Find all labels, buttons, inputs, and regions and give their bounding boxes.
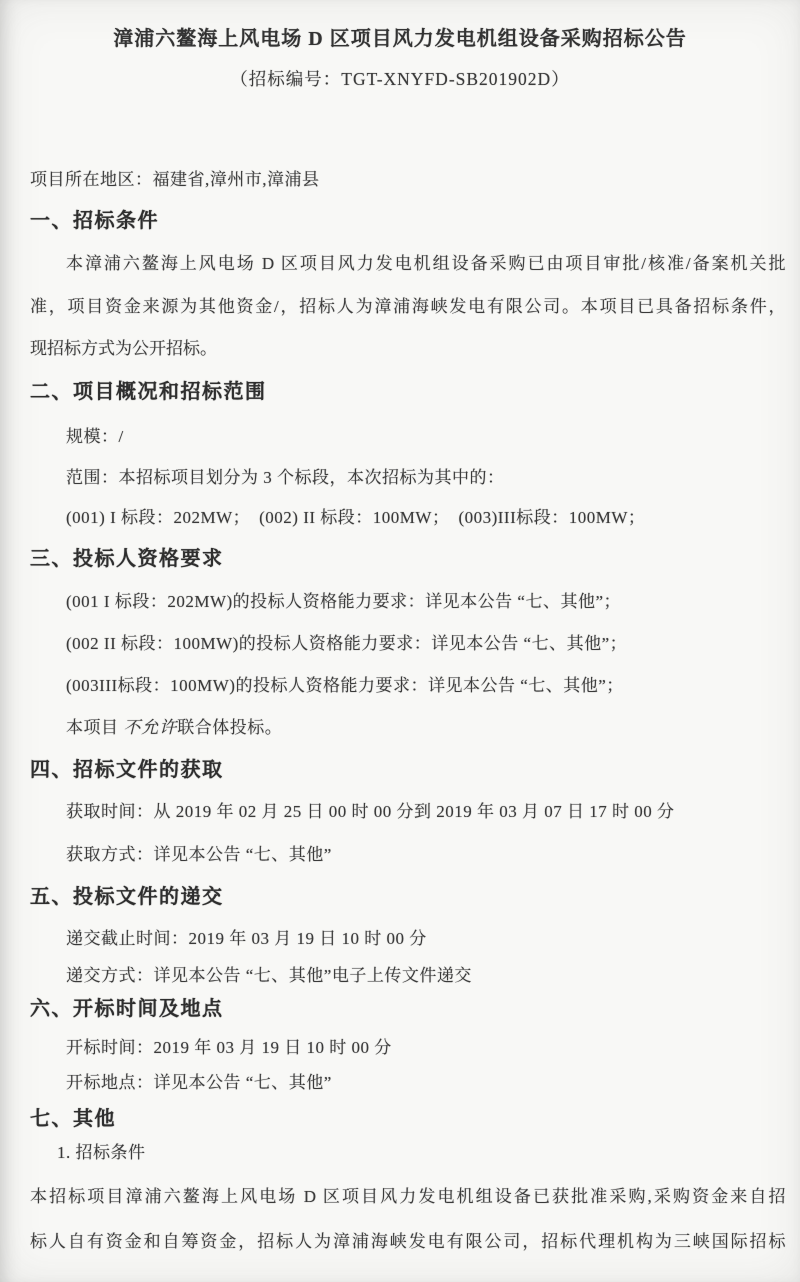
project-location-line: 项目所在地区：福建省,漳州市,漳浦县 <box>30 167 320 193</box>
section-1-paragraph-line-3: 现招标方式为公开招标。 <box>30 336 217 362</box>
project-scope-line: 范围：本招标项目划分为 3 个标段，本次招标为其中的： <box>66 465 505 491</box>
tender-number-line: （招标编号：TGT-XNYFD-SB201902D） <box>0 66 800 92</box>
section-3-heading: 三、投标人资格要求 <box>30 546 224 572</box>
section-7-subitem-1: 1. 招标条件 <box>57 1140 146 1166</box>
qualification-requirement-lot3: (003III标段：100MW)的投标人资格能力要求：详见本公告 “七、其他”； <box>66 673 624 699</box>
section-7-paragraph-line-2: 标人自有资金和自筹资金，招标人为漳浦海峡发电有限公司，招标代理机构为三峡国际招标 <box>30 1229 786 1255</box>
section-1-paragraph-line-1: 本漳浦六鳌海上风电场 D 区项目风力发电机组设备采购已由项目审批/核准/备案机关… <box>30 251 786 277</box>
bid-lots-line: (001) I 标段：202MW； (002) II 标段：100MW； (00… <box>66 505 645 531</box>
section-4-heading: 四、招标文件的获取 <box>30 757 224 783</box>
submission-method-line: 递交方式：详见本公告 “七、其他”电子上传文件递交 <box>66 963 472 989</box>
section-6-heading: 六、开标时间及地点 <box>30 996 224 1022</box>
section-5-heading: 五、投标文件的递交 <box>30 884 224 910</box>
scanned-tender-announcement-page: 漳浦六鳌海上风电场 D 区项目风力发电机组设备采购招标公告 （招标编号：TGT-… <box>0 0 800 1282</box>
joint-venture-suffix: 联合体投标。 <box>177 718 282 737</box>
section-7-heading: 七、其他 <box>30 1106 116 1132</box>
joint-venture-line: 本项目 不允许联合体投标。 <box>66 715 282 741</box>
section-1-paragraph-line-2: 准，项目资金来源为其他资金/，招标人为漳浦海峡发电有限公司。本项目已具备招标条件… <box>30 294 786 320</box>
qualification-requirement-lot1: (001 I 标段：202MW)的投标人资格能力要求：详见本公告 “七、其他”； <box>66 589 621 615</box>
submission-deadline-line: 递交截止时间：2019 年 03 月 19 日 10 时 00 分 <box>66 926 427 952</box>
qualification-requirement-lot2: (002 II 标段：100MW)的投标人资格能力要求：详见本公告 “七、其他”… <box>66 631 627 657</box>
joint-venture-not-allowed: 不允许 <box>123 718 177 737</box>
section-7-paragraph-line-1: 本招标项目漳浦六鳌海上风电场 D 区项目风力发电机组设备已获批准采购,采购资金来… <box>30 1184 786 1210</box>
document-title: 漳浦六鳌海上风电场 D 区项目风力发电机组设备采购招标公告 <box>0 26 800 52</box>
bid-opening-time-line: 开标时间：2019 年 03 月 19 日 10 时 00 分 <box>66 1035 392 1061</box>
section-2-heading: 二、项目概况和招标范围 <box>30 379 267 405</box>
joint-venture-prefix: 本项目 <box>66 718 123 737</box>
bid-opening-place-line: 开标地点：详见本公告 “七、其他” <box>66 1070 332 1096</box>
section-1-heading: 一、招标条件 <box>30 208 159 234</box>
document-obtain-time-line: 获取时间：从 2019 年 02 月 25 日 00 时 00 分到 2019 … <box>66 799 675 825</box>
project-scale-line: 规模：/ <box>66 424 124 450</box>
document-obtain-method-line: 获取方式：详见本公告 “七、其他” <box>66 842 332 868</box>
